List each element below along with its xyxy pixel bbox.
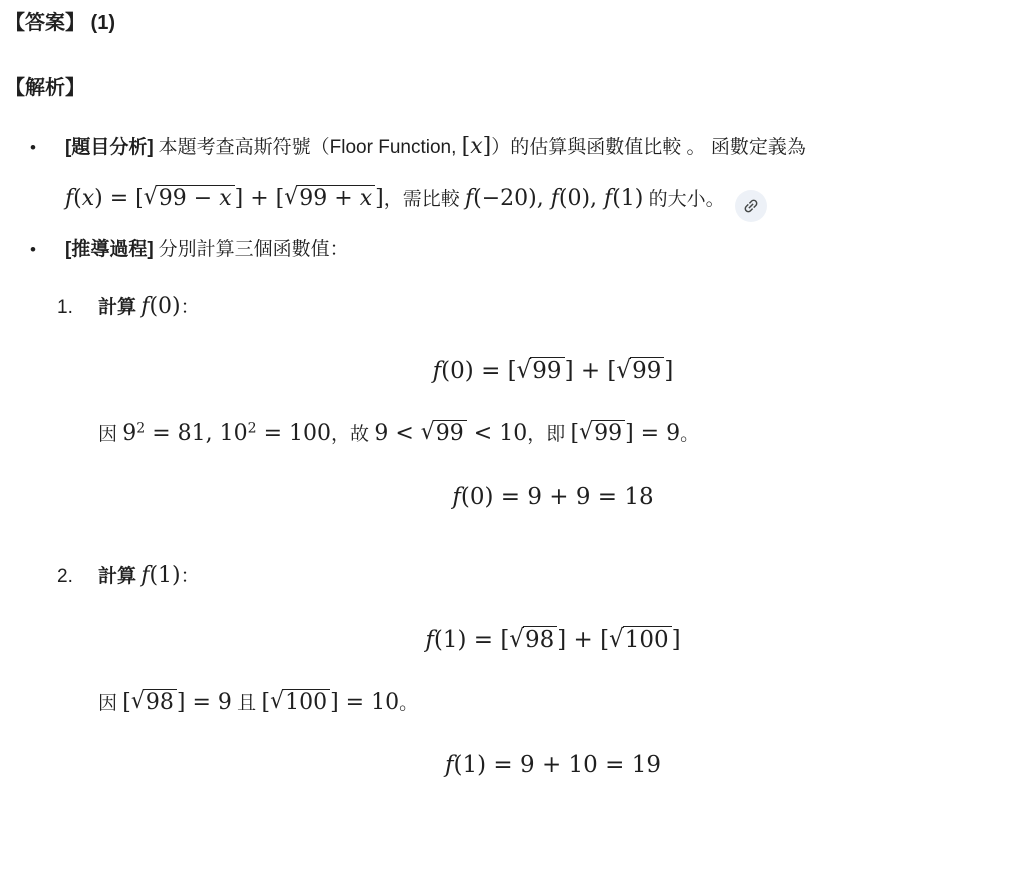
math-symbol: 2 <box>248 420 257 436</box>
math-variable: f <box>433 358 442 384</box>
math-symbol: ] <box>672 627 681 653</box>
bullet-content: [題目分析]本題考查高斯符號（Floor Function, [x]）的估算與函… <box>65 121 1018 224</box>
text-run: 。 <box>399 693 418 714</box>
analysis-paragraph: [題目分析]本題考查高斯符號（Floor Function, [x]）的估算與函… <box>65 121 1018 224</box>
text-run: 因 <box>98 693 122 714</box>
sqrt: √99 <box>421 414 467 454</box>
math-symbol: ] + [ <box>235 186 285 211</box>
step-paragraph: 因 [√98] = 9 且 [√100] = 10。 <box>98 683 1018 723</box>
derivation-body: 分別計算三個函數值： <box>159 239 349 260</box>
step-body: 計算 f(0)：f(0) = [√99] + [√99]因 92 = 81, 1… <box>98 285 1018 540</box>
math-variable: x <box>470 134 482 159</box>
math-symbol: 99 <box>532 358 561 384</box>
math-symbol: 99 <box>594 421 622 446</box>
sqrt: √100 <box>270 683 330 723</box>
math-symbol: [ <box>122 690 131 715</box>
display-equation: f(0) = [√99] + [√99] <box>98 357 1008 384</box>
analysis-heading: 【解析】 <box>5 75 1018 101</box>
sqrt: √99 + x <box>284 173 375 225</box>
sqrt: √99 <box>579 414 625 454</box>
math-run: f(1) <box>141 563 180 588</box>
step-number: 2. <box>57 566 98 588</box>
vinculum-group: 99 <box>630 357 664 383</box>
math-variable: x <box>219 186 231 211</box>
bold-text-run: 計算 <box>98 566 141 587</box>
math-symbol: 99 − <box>159 186 219 211</box>
sqrt: √98 <box>509 626 557 653</box>
math-run: 92 = 81, 102 = 100 <box>122 421 331 446</box>
text-run: 的大小。 <box>643 189 724 210</box>
text-run: ： <box>181 297 200 318</box>
display-equation: f(1) = [√98] + [√100] <box>98 626 1008 653</box>
text-run: ，即 <box>527 424 570 445</box>
display-equation: f(0) = 9 + 9 = 18 <box>98 484 1008 510</box>
bullet-icon: • <box>5 240 65 260</box>
sqrt: √100 <box>609 626 672 653</box>
math-run: [√98] = 9 <box>122 690 232 715</box>
math-run: [x] <box>462 134 492 159</box>
math-run: 9 < √99 < 10 <box>374 421 527 446</box>
math-symbol: (1) = 9 + 10 = 19 <box>454 752 661 778</box>
bullet-content: [推導過程]分別計算三個函數值： 1.計算 f(0)：f(0) = [√99] … <box>65 228 1018 822</box>
math-variable: f <box>65 186 73 211</box>
text-run: 分別計算三個函數值： <box>159 239 349 260</box>
source-link-button[interactable] <box>735 190 767 222</box>
math-run: f(0) = [√99] + [√99] <box>433 358 674 384</box>
math-run: f(x) = [√99 − x] + [√99 + x] <box>65 186 384 211</box>
radical-sign: √ <box>131 680 145 722</box>
math-symbol: [ <box>462 134 471 159</box>
vinculum-group: 100 <box>283 689 330 714</box>
math-symbol: 99 + <box>299 186 359 211</box>
math-symbol: 99 <box>632 358 661 384</box>
math-run: f(1) = 9 + 10 = 19 <box>445 752 661 778</box>
math-symbol: ] = 9 <box>177 690 232 715</box>
math-symbol: (1) <box>612 186 643 211</box>
math-symbol: 9 <box>122 421 136 446</box>
math-symbol: = 81, 10 <box>145 421 247 446</box>
radical-sign: √ <box>421 412 435 454</box>
math-symbol: (0) = 9 + 9 = 18 <box>461 484 654 510</box>
math-run: f(0) = 9 + 9 = 18 <box>452 484 653 510</box>
sqrt: √99 <box>517 357 565 384</box>
analysis-label: [題目分析] <box>65 137 154 158</box>
radical-sign: √ <box>517 356 532 384</box>
math-symbol: (0) <box>149 294 180 319</box>
radical-sign: √ <box>284 170 298 225</box>
derivation-label: [推導過程] <box>65 239 154 260</box>
radical-sign: √ <box>579 412 593 454</box>
math-run: f(0) <box>141 294 180 319</box>
math-symbol: 98 <box>525 627 554 653</box>
vinculum-group: 99 <box>592 420 625 445</box>
step-body: 計算 f(1)：f(1) = [√98] + [√100]因 [√98] = 9… <box>98 554 1018 809</box>
math-symbol: 9 < <box>374 421 420 446</box>
text-run: 。 <box>680 424 699 445</box>
math-variable: f <box>604 186 612 211</box>
math-symbol: (1) <box>149 563 180 588</box>
sqrt: √99 − x <box>144 173 235 225</box>
math-symbol: ] <box>483 134 492 159</box>
math-variable: f <box>452 484 461 510</box>
vinculum-group: 99 <box>530 357 564 383</box>
analysis-body: 本題考查高斯符號（Floor Function, [x]）的估算與函數值比較 。… <box>65 137 806 210</box>
vinculum-group: 100 <box>623 626 672 652</box>
bullet-icon: • <box>5 138 65 158</box>
math-symbol: (0), <box>559 186 604 211</box>
math-symbol: < 10 <box>467 421 527 446</box>
math-symbol: 99 <box>436 421 464 446</box>
steps-list: 1.計算 f(0)：f(0) = [√99] + [√99]因 92 = 81,… <box>57 285 1018 808</box>
bold-text-run: 計算 <box>98 297 141 318</box>
math-symbol: [ <box>570 421 579 446</box>
math-symbol: 2 <box>136 420 145 436</box>
math-symbol: ] = 9 <box>625 421 680 446</box>
radical-sign: √ <box>509 625 524 653</box>
vinculum-group: 98 <box>523 626 557 652</box>
superscript: 2 <box>136 420 145 436</box>
math-symbol: ] + [ <box>557 627 609 653</box>
math-run: [√100] = 10 <box>261 690 399 715</box>
radical-sign: √ <box>144 170 158 225</box>
radical-sign: √ <box>270 680 284 722</box>
display-equation: f(1) = 9 + 10 = 19 <box>98 752 1008 778</box>
math-symbol: = 100 <box>257 421 331 446</box>
text-run: ，故 <box>331 424 374 445</box>
step-heading: 計算 f(0)： <box>98 285 1018 329</box>
math-symbol: (1) = [ <box>434 627 509 653</box>
step-paragraph: 因 92 = 81, 102 = 100，故 9 < √99 < 10，即 [√… <box>98 414 1018 454</box>
link-icon <box>742 197 760 215</box>
math-symbol: ] = 10 <box>330 690 399 715</box>
math-symbol: 100 <box>625 627 669 653</box>
math-run: f(1) = [√98] + [√100] <box>425 627 680 653</box>
math-variable: f <box>425 627 434 653</box>
sqrt: √98 <box>131 683 177 723</box>
solution-document: 【答案】 (1) 【解析】 • [題目分析]本題考查高斯符號（Floor Fun… <box>0 0 1024 822</box>
sqrt: √99 <box>616 357 664 384</box>
math-symbol: ( <box>73 186 82 211</box>
superscript: 2 <box>248 420 257 436</box>
derivation-paragraph: [推導過程]分別計算三個函數值： <box>65 228 1018 273</box>
text-run: 且 <box>232 693 262 714</box>
math-variable: x <box>82 186 94 211</box>
math-variable: x <box>360 186 372 211</box>
bullet-list: • [題目分析]本題考查高斯符號（Floor Function, [x]）的估算… <box>5 121 1018 822</box>
math-symbol: 100 <box>285 690 327 715</box>
bullet-item-derivation: • [推導過程]分別計算三個函數值： 1.計算 f(0)：f(0) = [√99… <box>5 228 1018 822</box>
vinculum-group: 99 + x <box>297 185 375 210</box>
text-run: 本題考查高斯符號（Floor Function, <box>159 137 462 158</box>
radical-sign: √ <box>616 356 631 384</box>
step-heading: 計算 f(1)： <box>98 554 1018 598</box>
math-symbol: 98 <box>146 690 174 715</box>
vinculum-group: 99 <box>434 420 467 445</box>
bullet-item-analysis: • [題目分析]本題考查高斯符號（Floor Function, [x]）的估算… <box>5 121 1018 224</box>
answer-heading: 【答案】 (1) <box>5 10 1018 36</box>
math-symbol: ] + [ <box>565 358 617 384</box>
math-symbol: ] <box>664 358 673 384</box>
math-symbol: [ <box>261 690 270 715</box>
text-run: ）的估算與函數值比較 。 函數定義為 <box>491 137 806 158</box>
math-symbol: ] <box>375 186 384 211</box>
vinculum-group: 98 <box>144 689 177 714</box>
math-variable: f <box>465 186 473 211</box>
text-run: ： <box>181 566 200 587</box>
math-run: [√99] = 9 <box>570 421 680 446</box>
step-item: 2.計算 f(1)：f(1) = [√98] + [√100]因 [√98] =… <box>57 554 1018 809</box>
math-symbol: ) = [ <box>94 186 144 211</box>
math-symbol: (0) = [ <box>441 358 516 384</box>
math-variable: f <box>551 186 559 211</box>
math-symbol: (−20), <box>473 186 551 211</box>
step-item: 1.計算 f(0)：f(0) = [√99] + [√99]因 92 = 81,… <box>57 285 1018 540</box>
radical-sign: √ <box>609 625 624 653</box>
math-run: f(−20), f(0), f(1) <box>465 186 643 211</box>
text-run: ，需比較 <box>384 189 465 210</box>
step-number: 1. <box>57 297 98 319</box>
text-run: 因 <box>98 424 122 445</box>
vinculum-group: 99 − x <box>157 185 235 210</box>
math-variable: f <box>445 752 454 778</box>
